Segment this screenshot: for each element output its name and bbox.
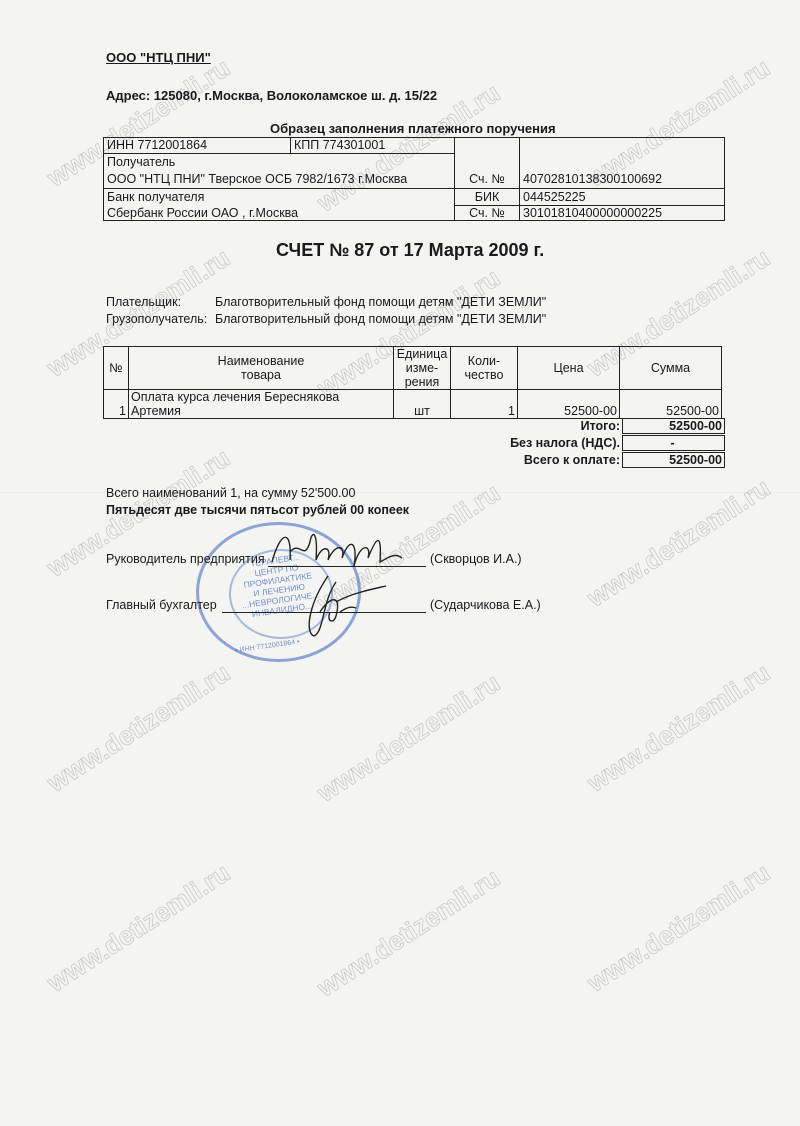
row-qty: 1 — [451, 390, 518, 419]
payer-value: Благотворительный фонд помощи детям "ДЕТ… — [215, 295, 546, 309]
header-qty: Коли-чество — [451, 347, 518, 390]
row-unit: шт — [394, 390, 451, 419]
row-no: 1 — [104, 390, 129, 419]
summary-amount-words: Пятьдесят две тысячи пятьсот рублей 00 к… — [106, 503, 409, 517]
header-sum: Сумма — [620, 347, 722, 390]
director-signature — [262, 522, 432, 572]
inn: ИНН 7712001864 — [104, 138, 207, 152]
payment-sample-title: Образец заполнения платежного поручения — [270, 121, 556, 136]
recipient-label: Получатель — [104, 155, 175, 169]
bank-label: Банк получателя — [104, 190, 204, 204]
header-no: № — [104, 347, 129, 390]
watermark: www.detizemli.ru — [42, 857, 236, 998]
header-name: Наименованиетовара — [129, 347, 394, 390]
payer-label: Плательщик: — [106, 295, 181, 309]
vat-value: - — [622, 435, 725, 451]
watermark: www.detizemli.ru — [582, 657, 776, 798]
invoice-title: СЧЕТ № 87 от 17 Марта 2009 г. — [276, 240, 544, 261]
kpp: КПП 774301001 — [291, 138, 385, 152]
total-label: Итого: — [581, 419, 620, 433]
accountant-label: Главный бухгалтер — [106, 598, 217, 612]
header-unit: Единицаизме-рения — [394, 347, 451, 390]
watermark: www.detizemli.ru — [582, 857, 776, 998]
director-name: (Скворцов И.А.) — [430, 552, 522, 566]
grand-total-label: Всего к оплате: — [524, 453, 620, 467]
company-address: Адрес: 125080, г.Москва, Волоколамское ш… — [106, 88, 437, 103]
bank-details-table: ИНН 7712001864 КПП 774301001 Получатель … — [103, 137, 725, 221]
director-label: Руководитель предприятия — [106, 552, 265, 566]
total-value: 52500-00 — [622, 418, 725, 434]
accountant-name: (Сударчикова Е.А.) — [430, 598, 541, 612]
vat-label: Без налога (НДС). — [510, 436, 620, 450]
account-label: Сч. № — [455, 172, 519, 186]
company-name: ООО "НТЦ ПНИ" — [106, 50, 211, 65]
watermark: www.detizemli.ru — [582, 472, 776, 613]
corr-account-label: Сч. № — [455, 206, 519, 220]
goods-table: № Наименованиетовара Единицаизме-рения К… — [103, 346, 722, 419]
summary-count: Всего наименований 1, на сумму 52'500.00 — [106, 486, 355, 500]
bik-value: 044525225 — [520, 190, 586, 204]
recipient-value: ООО "НТЦ ПНИ" Тверское ОСБ 7982/1673 г.М… — [104, 172, 407, 186]
corr-account-value: 30101810400000000225 — [520, 206, 662, 220]
table-row: 1 Оплата курса лечения БересняковаАртеми… — [104, 390, 722, 419]
accountant-signature — [290, 572, 400, 642]
grand-total-value: 52500-00 — [622, 452, 725, 468]
account-value: 40702810138300100692 — [520, 172, 662, 186]
header-price: Цена — [518, 347, 620, 390]
row-sum: 52500-00 — [620, 390, 722, 419]
consignee-label: Грузополучатель: — [106, 312, 207, 326]
watermark: www.detizemli.ru — [42, 657, 236, 798]
watermark: www.detizemli.ru — [312, 862, 506, 1003]
invoice-page: www.detizemli.ru www.detizemli.ru www.de… — [0, 0, 800, 1126]
watermark: www.detizemli.ru — [312, 667, 506, 808]
row-name: Оплата курса лечения БересняковаАртемия — [129, 390, 394, 419]
consignee-value: Благотворительный фонд помощи детям "ДЕТ… — [215, 312, 546, 326]
bik-label: БИК — [455, 190, 519, 204]
row-price: 52500-00 — [518, 390, 620, 419]
bank-value: Сбербанк России ОАО , г.Москва — [104, 206, 298, 220]
goods-table-header: № Наименованиетовара Единицаизме-рения К… — [104, 347, 722, 390]
